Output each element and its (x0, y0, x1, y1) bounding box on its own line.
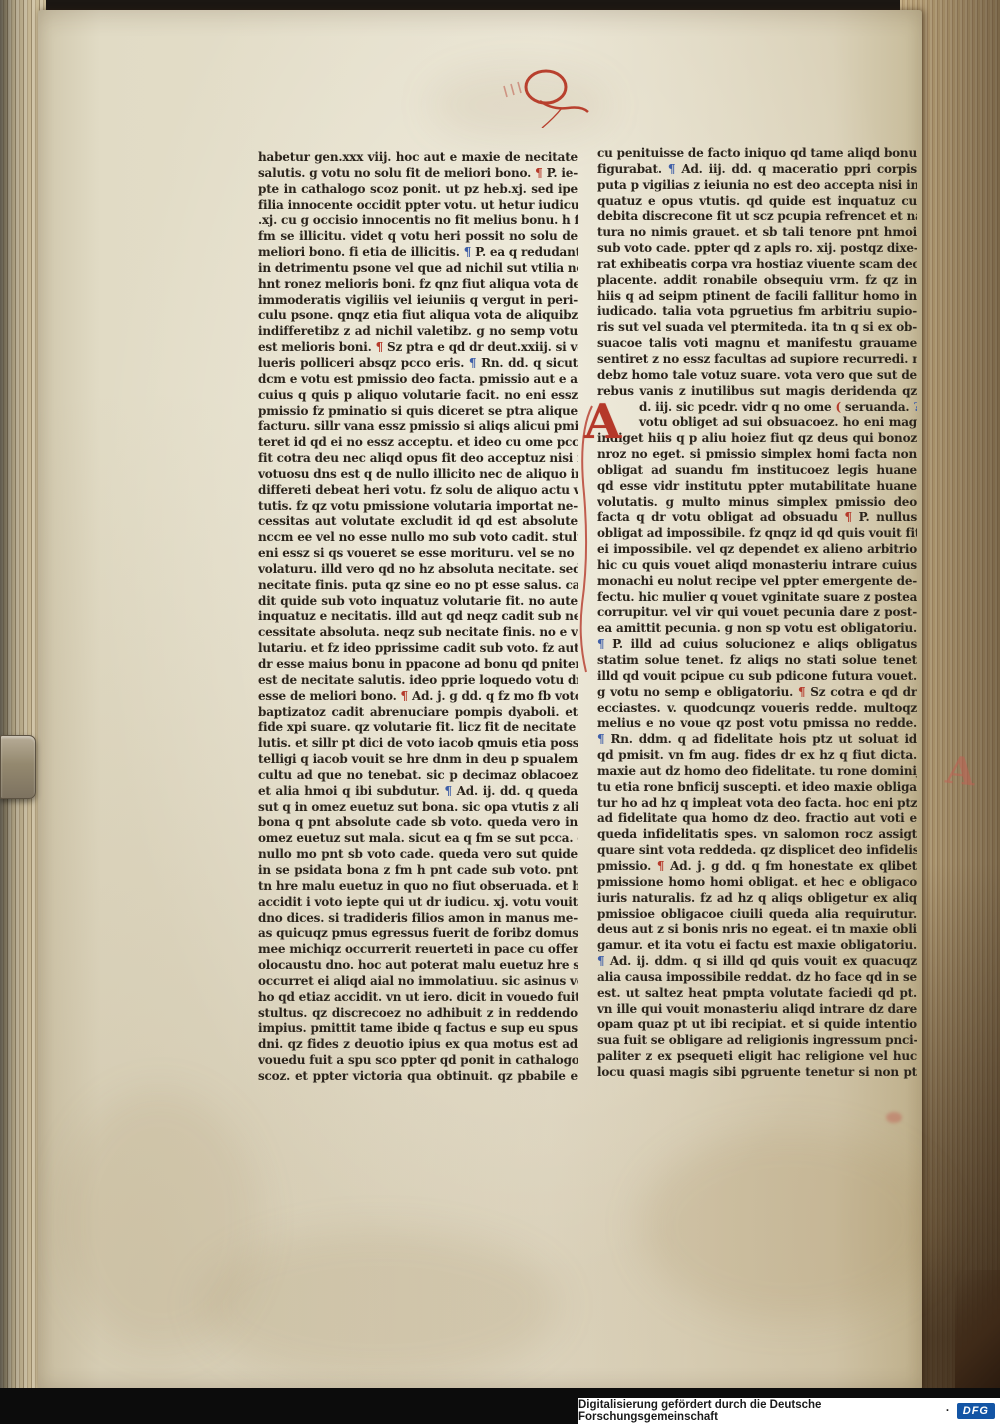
text-line: pmissio fz pminatio si quis diceret se p… (258, 404, 578, 420)
text-line: accidit i voto iepte qui ut dr iudicu. x… (258, 895, 578, 911)
text-line: ho qd etiaz accidit. vn ut iero. dicit i… (258, 990, 578, 1006)
text-line: stultus. qz discrecoez no adhibuit z in … (258, 1006, 578, 1022)
text-line: figurabat. ¶ Ad. iij. dd. q maceratio pp… (597, 162, 917, 178)
rubric-mark: ¶ (668, 162, 675, 176)
text-line: dr esse maius bonu in ppacone ad bonu qd… (258, 657, 578, 673)
text-column-right: cu penituisse de facto iniquo qd tame al… (597, 146, 917, 1081)
text-line: mee michiqz occurrerit reuerteti in pace… (258, 942, 578, 958)
text-line: bona q pnt absolute cade sb voto. queda … (258, 815, 578, 831)
text-line: ad fidelitate qua homo dz deo. fractio a… (597, 811, 917, 827)
text-line: nroz no eget. si pmissio simplex homi fa… (597, 447, 917, 463)
red-ink-smudge (886, 1112, 902, 1123)
binding-corner (955, 1270, 1000, 1392)
text-line: fit cotra deu nec aliqd opus fit deo acc… (258, 451, 578, 467)
rubric-mark: ? (913, 400, 917, 414)
text-line: tur ho ad hz q impleat vota deo facta. h… (597, 796, 917, 812)
text-line: indiget hiis q p aliu hoiez fiut qz deus… (597, 431, 917, 447)
rubric-mark: ¶ (469, 356, 476, 370)
text-line: puta p vigilias z ieiunia no est deo acc… (597, 178, 917, 194)
text-line: in detrimentu psone vel que ad nichil su… (258, 261, 578, 277)
text-line: queda infidelitatis spes. vn salomon roc… (597, 827, 917, 843)
text-line: ¶ P. illd ad cuius solucionez e aliqs ob… (597, 637, 917, 653)
red-quire-flourish-icon (496, 56, 606, 132)
text-line: occurret ei aliqd aial no immolatiuu. si… (258, 974, 578, 990)
text-line: statim solue tenet. fz aliqs no stati so… (597, 653, 917, 669)
text-line: differeti debeat heri votu. fz solu de a… (258, 483, 578, 499)
text-line: olocaustu dno. hoc aut poterat malu euet… (258, 958, 578, 974)
text-line: cessitas aut volutate excludit id qd est… (258, 514, 578, 530)
text-line: dcm e votu est pmissio deo facta. pmissi… (258, 372, 578, 388)
text-line: ¶ Ad. ij. ddm. q si illd qd quis vouit e… (597, 954, 917, 970)
text-line: tu etia rone bnficij suscepti. et ideo m… (597, 780, 917, 796)
text-line: impius. pmittit tame ibide q factus e su… (258, 1021, 578, 1037)
text-line: cessitate absoluta. neqz sub necitate fi… (258, 625, 578, 641)
text-line: filia innocente occidit ppter votu. ut h… (258, 198, 578, 214)
text-line: meliori bono. fi etia de illicitis. ¶ P.… (258, 245, 578, 261)
text-line: et alia hmoi q ibi subdutur. ¶ Ad. ij. d… (258, 784, 578, 800)
text-line: indifferetibz z ad nichil valetibz. g no… (258, 324, 578, 340)
dfg-logo: DFG (957, 1403, 995, 1419)
text-line: opam quaz pt ut ibi recipiat. et si quid… (597, 1017, 917, 1033)
text-line: hiis q ad seipm ptinent de facili fallit… (597, 289, 917, 305)
rubric-mark: ¶ (844, 510, 851, 524)
text-line: suacoe talis voti magnu et manifestu gra… (597, 336, 917, 352)
text-line: esse de meliori bono. ¶ Ad. j. g dd. q f… (258, 689, 578, 705)
text-line: dni. qz fides z deuotio ipius ex qua mot… (258, 1037, 578, 1053)
text-line: maxie aut dz homo deo fidelitate. tu ron… (597, 764, 917, 780)
text-line: eni essz si qs voueret se esse morituru.… (258, 546, 578, 562)
text-line: vn ille qui vouit monasteriu aliqd intra… (597, 1002, 917, 1018)
text-line: corrupitur. vel vir qui vouet pecunia da… (597, 605, 917, 621)
text-line: est. ut saltez heat pmpta volutate facie… (597, 986, 917, 1002)
text-line: est de necitate salutis. ideo pprie loqu… (258, 673, 578, 689)
text-line: sentiret z no essz facultas ad supiore r… (597, 352, 917, 368)
text-line: cu penituisse de facto iniquo qd tame al… (597, 146, 917, 162)
text-line: baptizatoz cadit abrenuciare pompis dyab… (258, 705, 578, 721)
text-line: placente. addit ronabile obsequiu vrm. f… (597, 273, 917, 289)
text-line: iuris naturalis. fz ad hz q aliqs oblige… (597, 891, 917, 907)
text-line: cultu ad que no tenebat. sic p decimaz o… (258, 768, 578, 784)
text-line: iudicado. talia vota pgruetius fm arbitr… (597, 304, 917, 320)
text-line: fide xpi suare. qz volutarie fit. licz f… (258, 720, 578, 736)
digitized-manuscript-scan: habetur gen.xxx viij. hoc aut e maxie de… (0, 0, 1000, 1424)
text-line: tn hre malu euetuz in quo no fiut obseru… (258, 879, 578, 895)
rubric-mark: ( (835, 400, 840, 414)
text-line: lutis. et sillr pt dici de voto iacob qm… (258, 736, 578, 752)
text-line: est melioris boni. ¶ Sz ptra e qd dr deu… (258, 340, 578, 356)
red-pen-trial-letter: A (944, 747, 978, 795)
text-line: rat exhibeatis corpa vra hostiaz viuente… (597, 257, 917, 273)
text-line: volaturu. illd vero qd no hz absoluta ne… (258, 562, 578, 578)
text-line: monachi eu nolut recipe vel ppter emerge… (597, 574, 917, 590)
text-line: telligi q iacob vouit se hre dnm in deu … (258, 752, 578, 768)
text-line: locu quasi magis sibi pgruente tenetur s… (597, 1065, 917, 1081)
text-line: gamur. et ita votu ei factu est maxie ob… (597, 938, 917, 954)
text-line: salutis. g votu no solu fit de meliori b… (258, 166, 578, 182)
text-line: illd qd vouit pcipue cu sub pdicone futu… (597, 669, 917, 685)
text-column-left: habetur gen.xxx viij. hoc aut e maxie de… (258, 150, 578, 1085)
text-line: alia causa impossibile reddat. dz ho fac… (597, 970, 917, 986)
text-line: facturu. sillr vana essz pmissio si aliq… (258, 419, 578, 435)
text-line: d. iij. sic pcedr. vidr q no ome ( serua… (597, 400, 917, 416)
rubric-mark: ¶ (535, 166, 542, 180)
credit-separator: · (946, 1405, 950, 1417)
text-line: habetur gen.xxx viij. hoc aut e maxie de… (258, 150, 578, 166)
text-line: ris sut vel suada vel ptermiteda. ita tn… (597, 320, 917, 336)
text-line: g votu no semp e obligatoriu. ¶ Sz cotra… (597, 685, 917, 701)
rubric-mark: ¶ (444, 784, 451, 798)
text-line: obligat ad impossibile. fz qnqz id qd qu… (597, 526, 917, 542)
text-line: tura no nimis grauet. et sb tali tenore … (597, 225, 917, 241)
rubric-mark: ¶ (376, 340, 383, 354)
text-line: sua fuit se obligare ad religionis ingre… (597, 1033, 917, 1049)
text-line: scoz. et ppter victoria qua obtinuit. qz… (258, 1069, 578, 1085)
text-line: facta q dr votu obligat ad obsuadu ¶ P. … (597, 510, 917, 526)
text-line: pmissio. ¶ Ad. j. g dd. q fm honestate e… (597, 859, 917, 875)
text-line: nccm ee vel no esse nullo mo sub voto ca… (258, 530, 578, 546)
rubric-mark: ¶ (464, 245, 471, 259)
text-line: cuius q quis p aliquo volutarie facit. n… (258, 388, 578, 404)
text-line: quatuz e opus vtutis. qd quide est inqua… (597, 194, 917, 210)
digitisation-credit-text: Digitalisierung gefördert durch die Deut… (578, 1399, 939, 1423)
text-line: nullo mo pnt sb voto cade. queda vero su… (258, 847, 578, 863)
drop-cap-initial: A (584, 398, 621, 446)
text-line: .xj. cu g occisio innocentis no fit meli… (258, 213, 578, 229)
scan-footer-bar: Digitalisierung gefördert durch die Deut… (0, 1388, 1000, 1424)
text-line: qd esse vidr institutu ppter mutabilitat… (597, 479, 917, 495)
text-line: as quicuqz pmus egressus fuerit de forib… (258, 926, 578, 942)
rubric-mark: ¶ (597, 732, 604, 746)
text-line: pte in cathalogo scoz ponit. ut pz heb.x… (258, 182, 578, 198)
rubric-mark: ¶ (798, 685, 805, 699)
text-line: rebus vanis z inutilibus sut magis derid… (597, 384, 917, 400)
text-line: fm se illicitu. videt q votu heri possit… (258, 229, 578, 245)
book-clasp (0, 735, 36, 799)
text-line: vouedu fuit a spu sco ppter qd ponit in … (258, 1053, 578, 1069)
text-line: lueris polliceri absqz pcco eris. ¶ Rn. … (258, 356, 578, 372)
text-line: melius e no voue qz post votu pmissa no … (597, 716, 917, 732)
text-line: deus aut z si bonis nris no egeat. ei tn… (597, 922, 917, 938)
text-line: debz homo tale votuz suare. vota vero qu… (597, 368, 917, 384)
text-line: immoderatis vigiliis vel ieiuniis q verg… (258, 293, 578, 309)
text-line: in se psidata bona z fm h pnt cade sub v… (258, 863, 578, 879)
rubric-mark: ¶ (657, 859, 664, 873)
text-line: necitate finis. puta qz sine eo no pt es… (258, 578, 578, 594)
text-line: quare sint vota reddeda. qz displicet de… (597, 843, 917, 859)
text-line: omez euetuz sut mala. sicut ea q fm se s… (258, 831, 578, 847)
text-line: pmissione homo homi obligat. et hec e ob… (597, 875, 917, 891)
text-line: dno dices. si tradideris filios amon in … (258, 911, 578, 927)
text-line: sub voto cade. ppter qd z apls ro. xij. … (597, 241, 917, 257)
text-line: inquatuz e necitatis. illd aut qd neqz c… (258, 609, 578, 625)
text-line: votu obliget ad sui obsuacoez. ho eni ma… (597, 415, 917, 431)
text-line: fectu. hic mulier q vouet vginitate suar… (597, 590, 917, 606)
rubric-mark: ¶ (597, 954, 604, 968)
text-line: hic cu quis vouet aliqd monasteriu intra… (597, 558, 917, 574)
text-line: culu psone. qnqz etia fiut aliqua vota d… (258, 308, 578, 324)
text-line: volutatis. g multo minus simplex pmissio… (597, 495, 917, 511)
text-line: dit quide sub voto inquatuz volutarie fi… (258, 594, 578, 610)
text-line: ¶ Rn. ddm. q ad fidelitate hois ptz ut s… (597, 732, 917, 748)
rubric-mark: ¶ (401, 689, 408, 703)
text-line: teret id qd ei no essz acceptu. et ideo … (258, 435, 578, 451)
text-line: qd pmisit. vn fm aug. fides dr ex hz q f… (597, 748, 917, 764)
text-line: ea amittit pecunia. g non sp votu est ob… (597, 621, 917, 637)
text-line: ecciastes. v. quodcunqz voueris redde. m… (597, 701, 917, 717)
text-line: votuosu dns est q de nullo illicito nec … (258, 467, 578, 483)
digitisation-credit-band: Digitalisierung gefördert durch die Deut… (578, 1398, 1000, 1424)
text-line: lutariu. et fz ideo pprissime cadit sub … (258, 641, 578, 657)
text-line: obligat ad suandu fm institucoez legis h… (597, 463, 917, 479)
text-line: sut q in omez euetuz sut bona. sic opa v… (258, 800, 578, 816)
text-line: pmissioe obligacoe ciuili queda alia req… (597, 907, 917, 923)
text-line: debita discrecone fit ut scz pcupia refr… (597, 209, 917, 225)
text-line: ei impossibile. vel qz dependet ex alien… (597, 542, 917, 558)
text-line: paliter z ex psequeti eligit hac religio… (597, 1049, 917, 1065)
text-line: hnt ronez melioris boni. fz qnz fiut ali… (258, 277, 578, 293)
text-line: tutis. fz qz votu pmissione volutaria im… (258, 499, 578, 515)
rubric-mark: ¶ (597, 637, 604, 651)
